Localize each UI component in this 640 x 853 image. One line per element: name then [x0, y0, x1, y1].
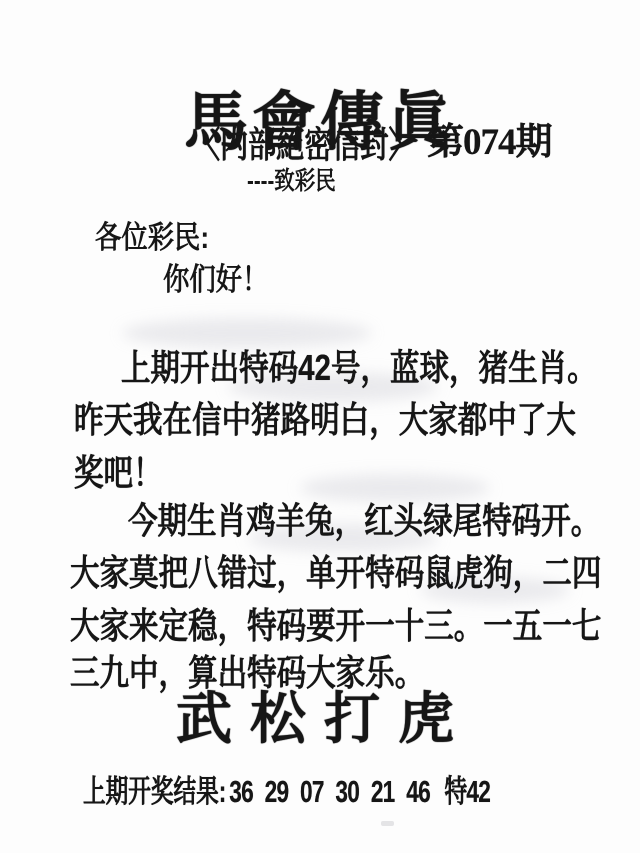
result-number-1: 36: [229, 774, 253, 809]
salutation: 各位彩民:: [95, 222, 209, 253]
scan-smudge: [300, 474, 490, 502]
result-line: 上期开奖结果:362907302146特42: [83, 776, 490, 807]
greeting: 你们好！: [163, 264, 268, 295]
body-line-1: 上期开出特码42号，蓝球，猪生肖。: [121, 350, 597, 386]
result-number-6: 46: [406, 774, 430, 809]
body-line-5: 大家莫把八错过，单开特码鼠虎狗，二四: [70, 555, 601, 591]
result-number-5: 21: [371, 774, 395, 809]
scan-smudge: [122, 318, 372, 348]
issue-number: 第074期: [427, 124, 552, 161]
result-number-3: 07: [300, 774, 324, 809]
result-label: 上期开奖结果:: [83, 774, 226, 809]
result-number-4: 30: [335, 774, 359, 809]
slogan: 武松打虎: [12, 692, 636, 748]
body-line-7: 三九中，算出特码大家乐。: [70, 655, 424, 691]
fax-page: 馬會傳眞 〈内部絕密信封〉 第074期 ----致彩民 各位彩民: 你们好！ 上…: [0, 0, 640, 853]
body-line-4: 今期生肖鸡羊兔，红头绿尾特码开。: [128, 503, 600, 539]
dedication: ----致彩民: [247, 169, 336, 194]
body-line-3: 奖吧！: [74, 455, 163, 491]
result-number-2: 29: [265, 774, 289, 809]
special-number: 特42: [445, 774, 491, 809]
scan-speck: [381, 821, 394, 826]
body-line-2: 昨天我在信中猪路明白，大家都中了大: [74, 402, 576, 438]
body-line-6: 大家来定稳，特码要开一十三。一五一七: [70, 608, 601, 644]
subtitle: 〈内部絕密信封〉: [192, 127, 417, 163]
